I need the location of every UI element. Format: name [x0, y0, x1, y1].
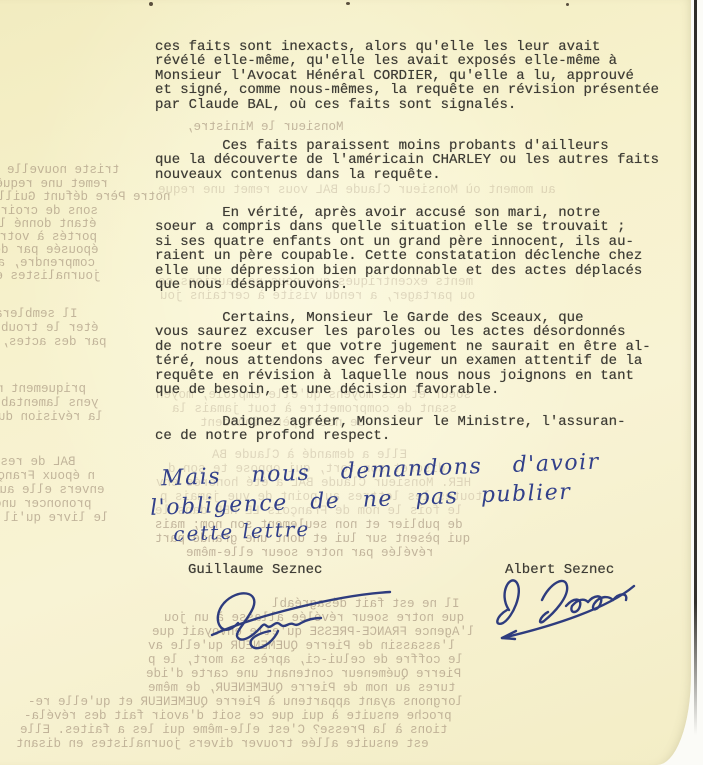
bleed-through-text: prononcer une sev: [0, 498, 92, 511]
bleed-through-text: le livre qu'il vien: [0, 512, 109, 525]
bleed-through-text: proche ensuite à qui que ce soit d'avoir…: [24, 710, 452, 723]
scan-speck: [346, 2, 350, 5]
scan-edge-line: [694, 0, 697, 735]
signature-albert-seznec: [482, 566, 660, 646]
scanned-letter-page: Monsieur le Ministre,au moment où Monsie…: [0, 0, 703, 765]
bleed-through-text: la révision du pro: [0, 411, 103, 424]
bleed-through-text: par des actes, per-: [0, 336, 107, 349]
bleed-through-text: journalistes et leu: [0, 270, 101, 283]
bleed-through-text: envers elle au-deli: [0, 484, 105, 497]
bleed-through-text: BAL de rester: [0, 456, 76, 469]
bleed-through-text: yens lamentables qu: [0, 397, 99, 410]
bleed-through-text: n époux François L: [0, 470, 95, 483]
bleed-through-text: tures au nom de Pierre QUEMENEUR, de mêm…: [148, 682, 456, 695]
bleed-through-text: triste nouvelle :: [0, 164, 120, 177]
bleed-through-text: au moment où Monsieur Claude BAL vous re…: [158, 184, 556, 197]
bleed-through-text: Pierre Quémeneur contenant une carte d'i…: [146, 668, 461, 681]
bleed-through-text: révélée par notre soeur elle-même: [186, 547, 434, 560]
bleed-through-text: est ensuite allée trouver divers journal…: [16, 738, 429, 751]
scan-speck: [149, 2, 153, 6]
bleed-through-text: notre Père défunt Guillaume SEZNEC,: [0, 191, 171, 204]
paragraph-1: ces faits sont inexacts, alors qu'elle l…: [155, 40, 685, 112]
bleed-through-text: éter le trouble dan: [0, 322, 99, 335]
paragraph-5: Daignez agréer, Monsieur le Ministre, l'…: [155, 415, 685, 444]
paragraph-4: Certains, Monsieur le Garde des Sceaux, …: [155, 311, 685, 397]
bleed-through-text: priquement notre: [0, 383, 86, 396]
scan-speck: [566, 3, 569, 6]
signature-guillaume-seznec: [206, 583, 401, 655]
paragraph-3: En vérité, après avoir accusé son mari, …: [155, 206, 685, 292]
signatory-name-guillaume: Guillaume Seznec: [188, 562, 322, 578]
paragraph-2: Ces faits paraissent moins probants d'ai…: [155, 139, 685, 182]
bleed-through-text: Il semblerait: [0, 308, 78, 321]
bleed-through-text: Monsieur le Ministre,: [186, 121, 344, 134]
bleed-through-text: tions à la Presse? C'est elle-même qui l…: [20, 724, 448, 737]
bleed-through-text: le coffre de celui-ci, après sa mort, le…: [148, 654, 463, 667]
bleed-through-text: lorgnons ayant appartenu à Pierre QUEMEN…: [28, 696, 463, 709]
